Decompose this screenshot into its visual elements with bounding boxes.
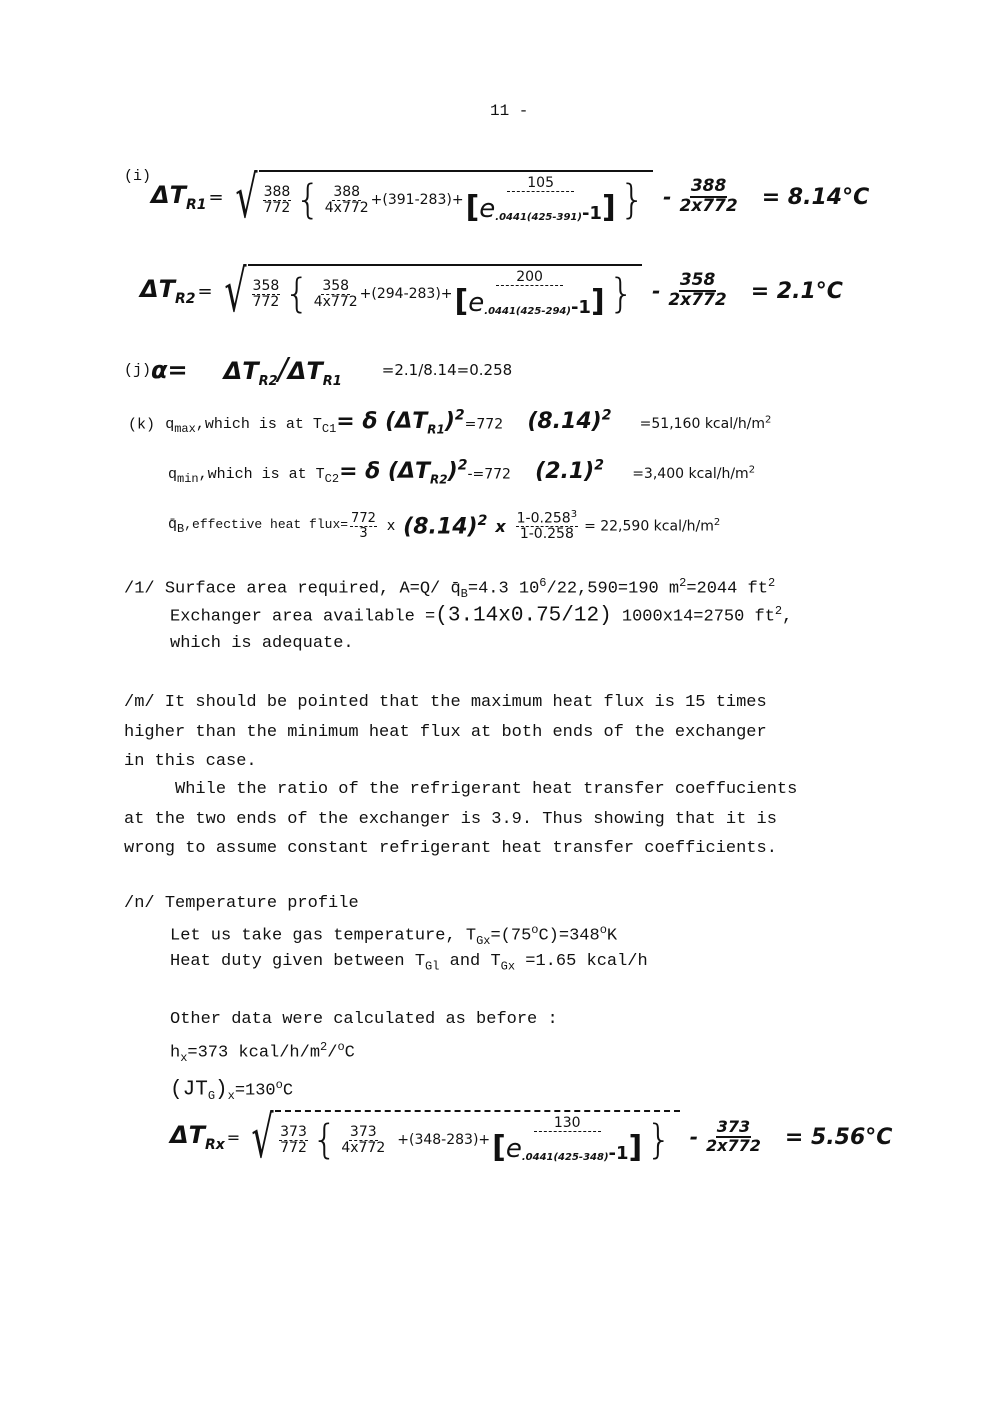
hx-line: hx=373 kcal/h/m2/oC bbox=[170, 1040, 355, 1065]
item-label-j: (j) bbox=[124, 362, 151, 379]
square-root: √ 358772 { 3584x772 +(294-283)+ 200 [e.0… bbox=[217, 262, 643, 320]
exchanger-area-line: Exchanger area available =(3.14x0.75/12)… bbox=[170, 604, 792, 628]
radical-icon: √ bbox=[252, 1108, 274, 1166]
qb-line: q̄B,effective heat flux= 7723 x (8.14)2 … bbox=[168, 510, 720, 542]
heat-duty-line: Heat duty given between TGl and TGx =1.6… bbox=[170, 952, 648, 973]
equation-alpha: (j) α= ΔTR2/ΔTR1 =2.1/8.14=0.258 bbox=[124, 352, 512, 389]
minus-sign: - bbox=[663, 185, 671, 209]
delta-t-symbol: ΔTR1 bbox=[151, 181, 206, 213]
tail-fraction: 3582x772 bbox=[668, 272, 726, 310]
middle-term: +(294-283)+ bbox=[360, 286, 453, 302]
qmax-line: (k) qmax,which is at TC1= δ (ΔTR1)2=772 … bbox=[128, 408, 771, 437]
delta-t-symbol: ΔTR2 bbox=[140, 275, 195, 307]
alpha-value: =2.1/8.14=0.258 bbox=[382, 361, 512, 379]
ratio-expression: ΔTR2/ΔTR1 bbox=[224, 352, 342, 389]
paragraph-m-continued: While the ratio of the refrigerant heat … bbox=[124, 775, 904, 864]
square-root: √ 373772 { 3734x772 +(348-283)+ 130 [e.0… bbox=[244, 1108, 680, 1166]
qmin-line: qmin,which is at TC2= δ (ΔTR2)2-=772 (2.… bbox=[168, 458, 755, 487]
item-label-i: (i) bbox=[124, 168, 151, 185]
result-value: = 2.1°C bbox=[751, 279, 843, 304]
tail-fraction: 3882x772 bbox=[679, 178, 737, 216]
adequate-line: which is adequate. bbox=[170, 634, 354, 653]
equation-delta-t-r2: ΔTR2 = √ 358772 { 3584x772 +(294-283)+ 2… bbox=[140, 262, 843, 320]
middle-term: +(391-283)+ bbox=[371, 192, 464, 208]
equals-sign: = bbox=[197, 281, 212, 302]
equation-delta-t-rx: ΔTRx = √ 373772 { 3734x772 +(348-283)+ 1… bbox=[170, 1108, 892, 1166]
equation-delta-t-r1: (i) ΔTR1 = √ 388772 { 3884x772 +(391-283… bbox=[124, 168, 869, 226]
tail-fraction: 3732x772 bbox=[706, 1119, 761, 1155]
result-value: = 5.56°C bbox=[785, 1125, 893, 1150]
other-data-line: Other data were calculated as before : bbox=[170, 1010, 558, 1029]
page-number: 11 - bbox=[490, 102, 528, 120]
gas-temperature-line: Let us take gas temperature, TGx=(75oC)=… bbox=[170, 923, 617, 948]
jtg-line: (JTG)x=130oC bbox=[170, 1078, 293, 1103]
delta-t-symbol: ΔTRx bbox=[170, 1121, 225, 1153]
equals-sign: = bbox=[227, 1128, 240, 1147]
minus-sign: - bbox=[690, 1125, 698, 1149]
minus-sign: - bbox=[652, 279, 660, 303]
surface-area-line: /1/ Surface area required, A=Q/ q̄B=4.3 … bbox=[124, 576, 775, 601]
result-value: = 8.14°C bbox=[762, 185, 870, 210]
alpha-symbol: α= bbox=[151, 356, 188, 384]
middle-term: +(348-283)+ bbox=[397, 1132, 490, 1148]
equals-sign: = bbox=[209, 187, 224, 208]
paragraph-m: /m/ It should be pointed that the maximu… bbox=[124, 688, 904, 777]
radical-icon: √ bbox=[224, 262, 246, 320]
square-root: √ 388772 { 3884x772 +(391-283)+ 105 [e.0… bbox=[228, 168, 654, 226]
radical-icon: √ bbox=[235, 168, 257, 226]
section-n-title: /n/ Temperature profile bbox=[124, 894, 359, 913]
